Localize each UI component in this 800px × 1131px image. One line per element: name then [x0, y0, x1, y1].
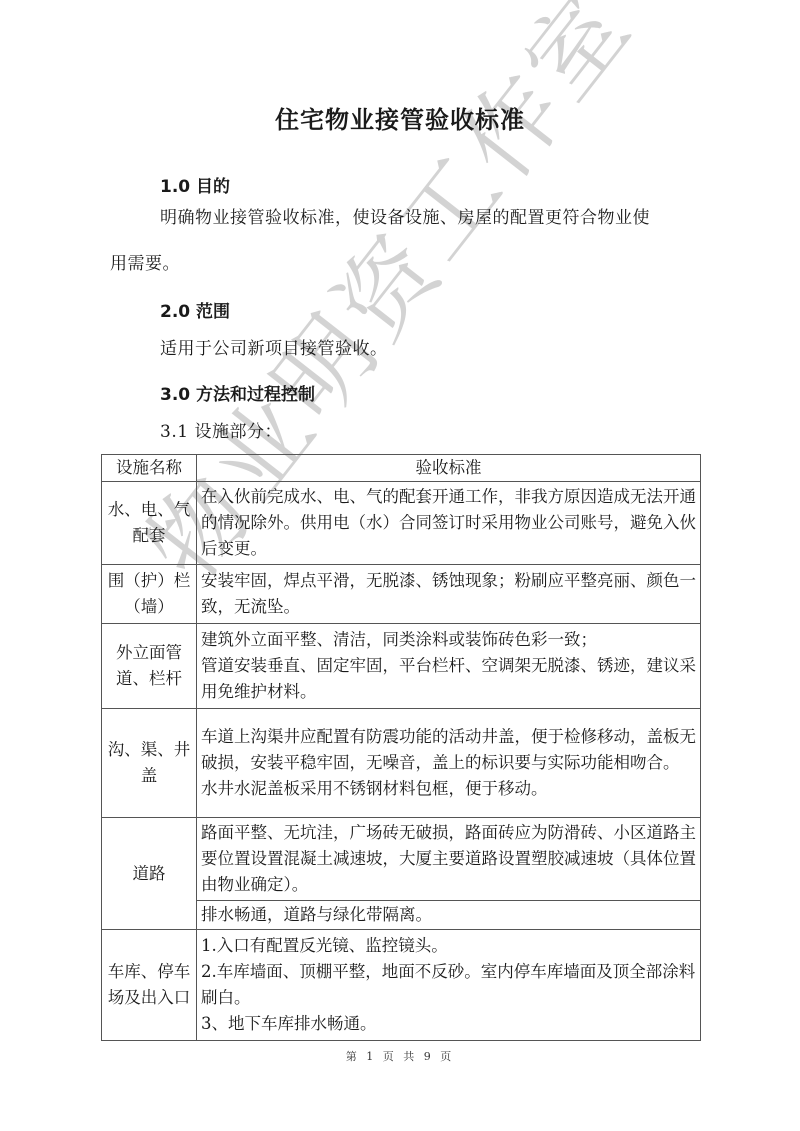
- criteria-cell: 安装牢固，焊点平滑，无脱漆、锈蚀现象；粉刷应平整亮丽、颜色一致，无流坠。: [197, 565, 701, 624]
- section-heading-method: 3.0 方法和过程控制: [160, 380, 315, 405]
- document-title: 住宅物业接管验收标准: [0, 100, 800, 135]
- section-heading-purpose: 1.0 目的: [160, 172, 230, 197]
- facility-name: 水、电、气配套: [102, 482, 197, 565]
- section-body-scope: 适用于公司新项目接管验收。: [160, 326, 388, 372]
- table-row: 水、电、气配套 在入伙前完成水、电、气的配套开通工作，非我方原因造成无法开通的情…: [102, 482, 701, 565]
- criteria-line: 1.入口有配置反光镜、监控镜头。: [201, 933, 696, 959]
- section-subheading-facilities: 3.1 设施部分：: [160, 409, 282, 455]
- criteria-line: 管道安装垂直、固定牢固，平台栏杆、空调架无脱漆、锈迹，建议采用免维护材料。: [201, 653, 696, 705]
- criteria-cell: 1.入口有配置反光镜、监控镜头。 2.车库墙面、顶棚平整，地面不反砂。室内停车库…: [197, 930, 701, 1041]
- section-heading-scope: 2.0 范围: [160, 297, 230, 322]
- facility-name: 道路: [102, 818, 197, 930]
- table-row: 道路 路面平整、无坑洼，广场砖无破损，路面砖应为防滑砖、小区道路主要位置设置混凝…: [102, 818, 701, 901]
- criteria-line: 3、地下车库排水畅通。: [201, 1011, 696, 1037]
- acceptance-standards-table: 设施名称 验收标准 水、电、气配套 在入伙前完成水、电、气的配套开通工作，非我方…: [101, 454, 701, 1041]
- facility-name: 外立面管道、栏杆: [102, 624, 197, 709]
- criteria-cell: 路面平整、无坑洼，广场砖无破损，路面砖应为防滑砖、小区道路主要位置设置混凝土减速…: [197, 818, 701, 901]
- criteria-cell: 建筑外立面平整、清洁，同类涂料或装饰砖色彩一致； 管道安装垂直、固定牢固，平台栏…: [197, 624, 701, 709]
- criteria-line: 车道上沟渠井应配置有防震功能的活动井盖，便于检修移动，盖板无破损，安装平稳牢固，…: [201, 724, 696, 776]
- facility-name: 围（护）栏（墙）: [102, 565, 197, 624]
- table-row: 沟、渠、井盖 车道上沟渠井应配置有防震功能的活动井盖，便于检修移动，盖板无破损，…: [102, 709, 701, 818]
- facility-name: 沟、渠、井盖: [102, 709, 197, 818]
- criteria-cell: 排水畅通，道路与绿化带隔离。: [197, 901, 701, 930]
- table-row: 围（护）栏（墙） 安装牢固，焊点平滑，无脱漆、锈蚀现象；粉刷应平整亮丽、颜色一致…: [102, 565, 701, 624]
- section-body-purpose-2: 用需要。: [110, 241, 180, 287]
- header-facility-name: 设施名称: [102, 455, 197, 482]
- table-row: 车库、停车场及出入口 1.入口有配置反光镜、监控镜头。 2.车库墙面、顶棚平整，…: [102, 930, 701, 1041]
- page-footer: 第 1 页 共 9 页: [0, 1048, 800, 1064]
- criteria-line: 水井水泥盖板采用不锈钢材料包框，便于移动。: [201, 776, 696, 802]
- criteria-line: 建筑外立面平整、清洁，同类涂料或装饰砖色彩一致；: [201, 627, 696, 653]
- criteria-line: 2.车库墙面、顶棚平整，地面不反砂。室内停车库墙面及顶全部涂料刷白。: [201, 959, 696, 1011]
- table-row: 外立面管道、栏杆 建筑外立面平整、清洁，同类涂料或装饰砖色彩一致； 管道安装垂直…: [102, 624, 701, 709]
- section-body-purpose-1: 明确物业接管验收标准，使设备设施、房屋的配置更符合物业使: [160, 195, 650, 241]
- facility-name: 车库、停车场及出入口: [102, 930, 197, 1041]
- criteria-cell: 在入伙前完成水、电、气的配套开通工作，非我方原因造成无法开通的情况除外。供用电（…: [197, 482, 701, 565]
- header-criteria: 验收标准: [197, 455, 701, 482]
- table-header-row: 设施名称 验收标准: [102, 455, 701, 482]
- criteria-cell: 车道上沟渠井应配置有防震功能的活动井盖，便于检修移动，盖板无破损，安装平稳牢固，…: [197, 709, 701, 818]
